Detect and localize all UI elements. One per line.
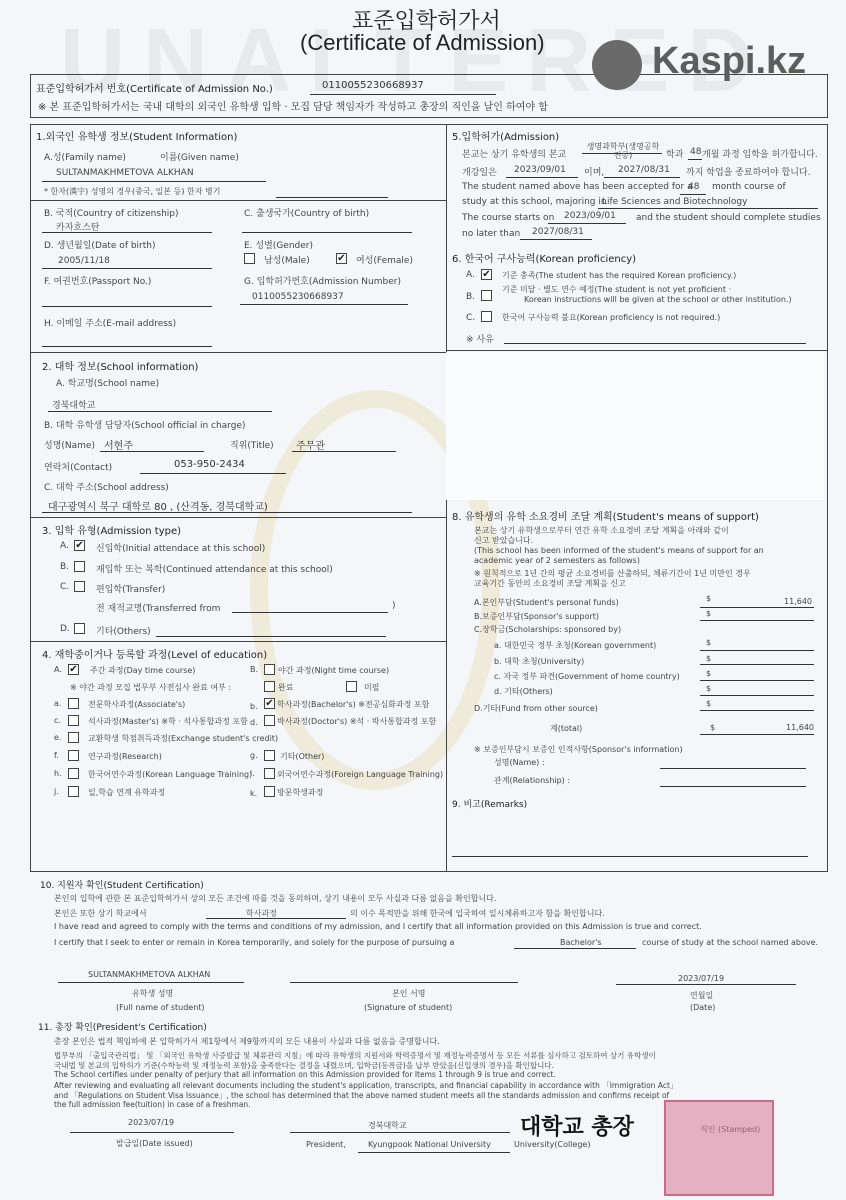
kaspi-logo-text: Kaspi.kz: [652, 40, 806, 83]
date-label-en: (Date): [690, 1003, 715, 1012]
currency-symbol: $: [706, 594, 711, 603]
home-gov-label: c. 자국 정부 파견(Government of home country): [494, 671, 680, 682]
issue-date-label: 발급일(Date issued): [116, 1138, 193, 1149]
section3-heading: 3. 입학 유형(Admission type): [42, 522, 181, 537]
admission-text: The student named above has been accepte…: [462, 182, 693, 192]
option-letter: A.: [60, 541, 69, 551]
admission-text: and the student should complete studies: [636, 213, 821, 223]
certification-text: I certify that I seek to enter or remain…: [54, 938, 454, 947]
support-note: 교육기간 동안의 소요경비 조달 계획을 신고: [474, 578, 626, 589]
passport-label: F. 여권번호(Passport No.): [44, 274, 151, 287]
currency-symbol: $: [706, 684, 711, 693]
given-name-label: 이름(Given name): [160, 150, 239, 163]
admission-type-continued-checkbox[interactable]: [74, 561, 85, 572]
course-en-value: Bachelor's: [560, 938, 602, 947]
paren-close: ): [392, 601, 396, 611]
end-date-value: 2027/08/31: [618, 165, 670, 175]
admission-type-initial-label: 신입학(Initial attendace at this school): [96, 541, 265, 554]
reason-field: [504, 343, 806, 344]
certification-text: course of study at the school named abov…: [642, 938, 818, 947]
sponsor-relation-field: [660, 786, 806, 787]
certification-date-value: 2023/07/19: [678, 974, 724, 983]
option-letter: a.: [54, 699, 61, 708]
transferred-from-field: [232, 612, 388, 613]
admission-text: no later than: [462, 229, 520, 239]
korean-not-required-label: 한국어 구사능력 불요(Korean proficiency is not re…: [502, 312, 720, 323]
address-label: C. 대학 주소(School address): [44, 480, 169, 493]
admission-text: month course of: [712, 182, 786, 192]
official-label: B. 대학 유학생 담당자(School official in charge): [44, 418, 246, 431]
night-note: ※ 야간 과정 모집 법무부 사전심사 완료 여부 :: [70, 682, 231, 693]
full-name-value: SULTANMAKHMETOVA ALKHAN: [56, 168, 194, 178]
admission-text: 학과: [666, 147, 683, 160]
currency-symbol: $: [706, 654, 711, 663]
option-letter: k.: [250, 789, 257, 798]
official-title-label: 직위(Title): [230, 438, 274, 451]
support-intro: academic year of 2 semesters as follows): [474, 556, 640, 565]
korean-training-checkbox[interactable]: [68, 768, 79, 779]
section2-heading: 2. 대학 정보(School information): [42, 358, 198, 373]
section4-heading: 4. 재학중이거나 등록할 과정(Level of education): [42, 646, 267, 661]
option-letter: b.: [250, 702, 258, 711]
admission-text: 개강일은: [462, 165, 497, 178]
university-scholarship-label: b. 대학 초청(University): [494, 656, 584, 667]
gender-female-label: 여성(Female): [356, 253, 413, 266]
section8-heading: 8. 유학생의 유학 소요경비 조달 계획(Student's means of…: [452, 508, 759, 523]
section9-heading: 9. 비고(Remarks): [452, 797, 527, 810]
official-title-value: 주무관: [296, 437, 325, 452]
months-en-value: 48: [688, 182, 699, 192]
night-done-label: 완료: [278, 682, 293, 693]
president-cert-text: The School certifies under penalty of pe…: [54, 1070, 556, 1079]
gender-label: E. 성별(Gender): [244, 238, 313, 251]
currency-symbol: $: [710, 723, 715, 732]
total-label: 계(total): [550, 723, 582, 734]
contact-label: 연락처(Contact): [44, 460, 112, 473]
option-letter: h.: [54, 769, 62, 778]
sponsor-name-field: [660, 768, 806, 769]
reason-label: ※ 사유: [466, 332, 494, 345]
option-letter: B.: [60, 562, 69, 572]
certification-text: 의 이수 목적만을 위해 한국에 입국하여 일시체류하고자 함을 확인합니다.: [350, 908, 605, 919]
section1-heading: 1.외국인 유학생 정보(Student Information): [36, 128, 237, 143]
korean-not-proficient-label-2: Korean instructions will be given at the…: [524, 295, 792, 304]
school-name-label: A. 학교명(School name): [56, 376, 159, 389]
day-course-checkbox[interactable]: ✔: [68, 664, 79, 675]
option-letter: C.: [60, 582, 69, 592]
hanja-label: * 한자(漢字) 성명의 경우(중국, 일본 등) 한자 병기: [44, 186, 220, 197]
signature-field[interactable]: [290, 982, 518, 983]
korean-training-label: 한국어연수과정(Korean Language Training): [88, 769, 252, 780]
option-letter: C.: [466, 313, 475, 323]
korean-gov-label: a. 대한민국 정부 초청(Korean government): [494, 640, 656, 651]
exchange-label: 교환학생 학점취득과정(Exchange student's credit): [88, 733, 278, 744]
admission-type-continued-label: 재입학 또는 복학(Continued attendance at this s…: [96, 562, 333, 575]
option-letter: B.: [466, 292, 475, 302]
sponsor-name-label: 성명(Name) :: [494, 757, 545, 768]
president-cert-text: the full admission fee(tuition) in case …: [54, 1100, 251, 1109]
admission-type-transfer-checkbox[interactable]: [74, 581, 85, 592]
cert-no-value: 0110055230668937: [322, 80, 424, 91]
certification-text: 본인의 입학에 관한 본 표준입학허가서 상의 모든 조건에 따를 것을 동의하…: [54, 893, 496, 904]
remarks-field: [452, 856, 808, 857]
korean-not-required-checkbox[interactable]: [481, 311, 492, 322]
gender-female-checkbox[interactable]: ✔: [336, 253, 347, 264]
night-course-checkbox[interactable]: [264, 664, 275, 675]
certification-text: I have read and agreed to comply with th…: [54, 922, 702, 931]
redacted-section7: [446, 352, 824, 500]
admission-certificate-page: UNALTERED 표준입학허가서 (Certificate of Admiss…: [0, 0, 846, 1200]
student-name-label: 유학생 성명: [132, 988, 173, 999]
citizenship-label: B. 국적(Country of citizenship): [44, 206, 179, 219]
visiting-student-label: 방문학생과정: [277, 787, 323, 798]
admission-type-transfer-label: 편입학(Transfer): [96, 582, 165, 595]
personal-funds-label: A.본인부담(Student's personal funds): [474, 597, 619, 608]
passport-field: [42, 306, 212, 307]
work-study-label: 일,학습 연계 유학과정: [88, 787, 165, 798]
section6-heading: 6. 한국어 구사능력(Korean proficiency): [452, 250, 636, 265]
currency-symbol: $: [706, 638, 711, 647]
currency-symbol: $: [706, 609, 711, 618]
personal-funds-amount: 11,640: [784, 597, 812, 606]
president-title: 대학교 총장: [520, 1110, 634, 1141]
en-start-date-value: 2023/09/01: [564, 211, 616, 221]
masters-checkbox[interactable]: [68, 715, 79, 726]
dob-value: 2005/11/18: [58, 256, 110, 266]
admission-number-value: 0110055230668937: [252, 292, 344, 302]
night-course-label: 야간 과정(Night time course): [278, 665, 389, 676]
admission-text: study at this school, majoring in: [462, 197, 607, 207]
school-name-value: 경북대학교: [52, 398, 95, 411]
kaspi-logo-icon: [592, 40, 642, 90]
student-name-label-en: (Full name of student): [116, 1003, 205, 1012]
admission-text: 본교는 상기 유학생의 본교: [462, 147, 566, 160]
bachelors-checkbox[interactable]: ✔: [264, 698, 275, 709]
email-field: [42, 346, 212, 347]
date-label: 연월일: [690, 990, 713, 1001]
start-date-value: 2023/09/01: [514, 165, 566, 175]
doctors-checkbox[interactable]: [264, 715, 275, 726]
issue-date-value: 2023/07/19: [128, 1118, 174, 1127]
transferred-from-label: 전 재적교명(Transferred from: [96, 601, 220, 614]
university-en-value: Kyungpook National University: [368, 1140, 491, 1149]
total-amount: 11,640: [786, 723, 814, 732]
dob-label: D. 생년월일(Date of birth): [44, 238, 156, 251]
foreign-training-checkbox[interactable]: [264, 768, 275, 779]
admission-type-initial-checkbox[interactable]: ✔: [74, 540, 85, 551]
signature-label-en: (Signature of student): [364, 1003, 452, 1012]
sponsor-support-label: B.보증인부담(Sponsor's support): [474, 611, 599, 622]
scholarship-label: C.장학금(Scholarships: sponsored by): [474, 624, 621, 635]
associates-checkbox[interactable]: [68, 698, 79, 709]
cert-no-label: 표준입학허가서 번호(Certificate of Admission No.): [36, 80, 273, 95]
option-letter: i.: [250, 769, 255, 778]
research-checkbox[interactable]: [68, 750, 79, 761]
president-label: President,: [306, 1140, 346, 1149]
other-scholarship-label: d. 기타(Others): [494, 686, 553, 697]
sponsor-info-label: ※ 보증인부담시 보증인 인적사항(Sponsor's information): [474, 744, 683, 755]
doctors-label: 박사과정(Doctor's) ※석 · 박사통합과정 포함: [277, 716, 436, 727]
night-done-checkbox[interactable]: [264, 681, 275, 692]
foreign-training-label: 외국어연수과정(Foreign Language Training): [277, 769, 443, 780]
currency-symbol: $: [706, 669, 711, 678]
admission-text: 까지 학업을 종료하여야 합니다.: [686, 165, 810, 178]
title-english: (Certificate of Admission): [300, 30, 545, 56]
contact-value: 053-950-2434: [174, 459, 245, 470]
associates-label: 전문학사과정(Associate's): [88, 699, 185, 710]
currency-symbol: $: [706, 699, 711, 708]
student-name-value: SULTANMAKHMETOVA ALKHAN: [88, 970, 210, 979]
korean-proficient-checkbox[interactable]: ✔: [481, 269, 492, 280]
other-course-checkbox[interactable]: [264, 750, 275, 761]
option-letter: d.: [250, 718, 258, 727]
bachelors-label: 학사과정(Bachelor's) ※전공심화과정 포함: [277, 699, 429, 710]
admission-text: The course starts on: [462, 213, 554, 223]
en-end-date-value: 2027/08/31: [532, 227, 584, 237]
korean-not-proficient-checkbox[interactable]: [481, 290, 492, 301]
admission-type-others-label: 기타(Others): [96, 624, 151, 637]
visiting-student-checkbox[interactable]: [264, 786, 275, 797]
email-label: H. 이메일 주소(E-mail address): [44, 316, 176, 329]
night-not-done-label: 미필: [364, 682, 379, 693]
research-label: 연구과정(Research): [88, 751, 162, 762]
admission-type-others-checkbox[interactable]: [74, 623, 85, 634]
option-letter: A.: [466, 270, 475, 280]
gender-male-label: 남성(Male): [264, 253, 310, 266]
option-letter: A.: [54, 665, 62, 674]
section5-heading: 5.입학허가(Admission): [452, 128, 559, 143]
section11-heading: 11. 총장 확인(President's Certification): [38, 1020, 207, 1033]
president-cert-text: 총장 본인은 법적 책임하에 본 입학허가서 제1항에서 제9항까지의 모든 내…: [54, 1036, 440, 1047]
other-course-label: 기타(Other): [280, 751, 324, 762]
cert-notice: ※ 본 표준입학허가서는 국내 대학의 외국인 유학생 입학 · 모집 담당 책…: [38, 98, 548, 113]
birth-country-label: C. 출생국가(Country of birth): [244, 206, 369, 219]
admission-text: 개월 과정 입학을 허가합니다.: [702, 147, 818, 160]
address-value: 대구광역시 북구 대학로 80 , (산격동, 경북대학교): [48, 498, 268, 513]
day-course-label: 주간 과정(Day time course): [90, 665, 195, 676]
option-letter: B.: [250, 665, 258, 674]
night-not-done-checkbox[interactable]: [346, 681, 357, 692]
work-study-checkbox[interactable]: [68, 786, 79, 797]
family-name-label: A.성(Family name): [44, 150, 126, 163]
option-letter: D.: [60, 624, 70, 634]
masters-label: 석사과정(Master's) ※학 · 석사통합과정 포함: [88, 716, 248, 727]
months-ko-value: 48: [690, 147, 701, 157]
official-name-value: 서현주: [104, 437, 133, 452]
support-intro: 신고 받았습니다.: [474, 535, 533, 546]
exchange-checkbox[interactable]: [68, 732, 79, 743]
official-seal-stamp: [664, 1100, 774, 1196]
option-letter: e.: [54, 733, 61, 742]
option-letter: j.: [54, 787, 59, 796]
department-value: 생명과학부(생명공학전공): [584, 142, 662, 160]
signature-label: 본인 서명: [392, 988, 425, 999]
other-fund-label: D.기타(Fund from other source): [474, 703, 598, 714]
korean-proficient-label: 기준 충족(The student has the required Korea…: [502, 270, 736, 281]
admission-number-label: G. 입학허가번호(Admission Number): [244, 274, 401, 287]
certification-text: 본인은 또한 상기 학교에서: [54, 908, 147, 919]
official-name-label: 성명(Name): [44, 438, 95, 451]
sponsor-relation-label: 관계(Relationship) :: [494, 775, 570, 786]
option-letter: g.: [250, 751, 258, 760]
option-letter: c.: [54, 716, 61, 725]
gender-male-checkbox[interactable]: [244, 253, 255, 264]
university-college-label: University(College): [514, 1140, 590, 1149]
support-intro: (This school has been informed of the st…: [474, 546, 764, 555]
korean-not-proficient-label: 기준 미달 · 별도 연수 예정(The student is not yet …: [502, 284, 731, 295]
university-ko-value: 경북대학교: [368, 1120, 407, 1131]
section10-heading: 10. 지원자 확인(Student Certification): [40, 878, 204, 891]
major-value: Life Sciences and Biotechnology: [602, 197, 747, 207]
option-letter: f.: [54, 751, 59, 760]
admission-text: 이며,: [584, 165, 604, 178]
